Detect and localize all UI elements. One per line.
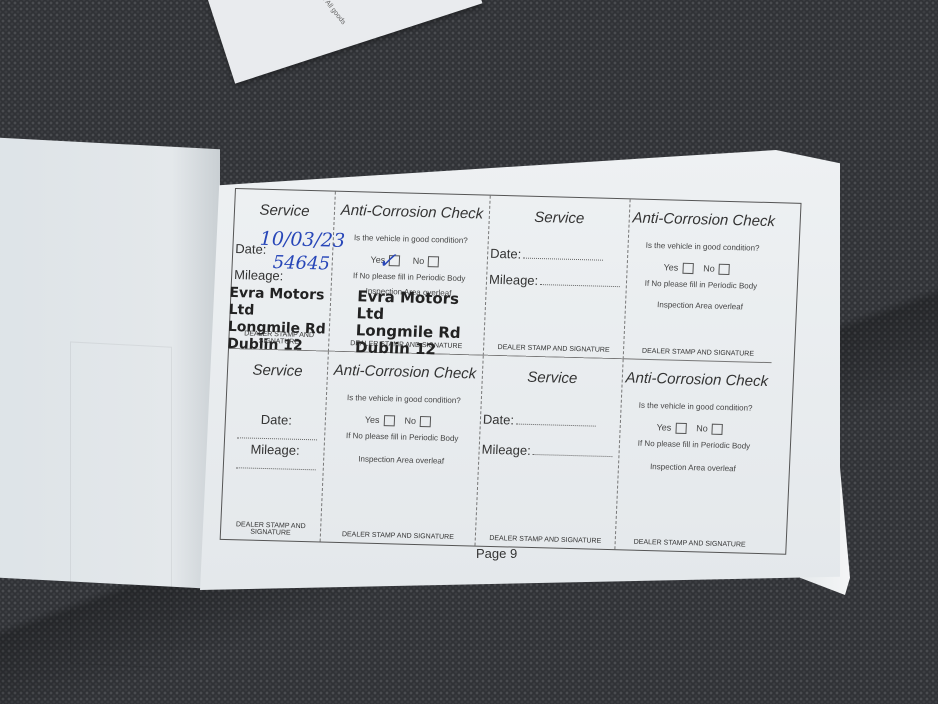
mileage-field[interactable]: Mileage: xyxy=(481,442,613,460)
cell-footer: DEALER STAMP AND SIGNATURE xyxy=(484,344,623,355)
cell-title: Service xyxy=(489,208,629,229)
checkmark-icon: ✓ xyxy=(377,249,397,274)
date-field[interactable]: Date: xyxy=(490,246,604,264)
question: Is the vehicle in good condition? xyxy=(628,240,776,253)
cell-footer: DEALER STAMP AND SIGNATURE xyxy=(616,538,764,549)
cell-footer: DEALER STAMP AND SIGNATURE xyxy=(624,347,772,358)
cell-title: Anti-Corrosion Check xyxy=(622,369,771,390)
note: If No please fill in Periodic Body xyxy=(325,431,479,444)
show-through-table xyxy=(70,341,172,668)
page-number: Page 9 xyxy=(476,546,517,561)
cell-title: Service xyxy=(235,201,335,221)
yes-checkbox[interactable] xyxy=(682,263,693,274)
question: Is the vehicle in good condition? xyxy=(621,400,769,413)
yes-checkbox[interactable] xyxy=(383,415,394,426)
cell-title: Anti-Corrosion Check xyxy=(335,202,490,223)
question: Is the vehicle in good condition? xyxy=(327,393,481,406)
service-cell: Service Date: Mileage: DEALER STAMP AND … xyxy=(221,349,329,542)
note: If No please fill in Periodic Body xyxy=(332,271,486,284)
date-field[interactable]: Date: xyxy=(483,412,597,430)
anti-corrosion-cell: Anti-Corrosion Check Is the vehicle in g… xyxy=(321,352,484,546)
yes-no-row: Yes No xyxy=(333,254,487,269)
cell-footer: DEALER STAMP AND SIGNATURE xyxy=(476,535,615,546)
service-cell: Service Date: Mileage: DEALER STAMP AND … xyxy=(484,196,631,360)
mileage-field[interactable]: Mileage: xyxy=(489,272,621,290)
date-field[interactable]: Date: xyxy=(227,411,325,444)
slip-text: Reservation of Title: All goods xyxy=(284,0,346,26)
service-record-grid: Service Date: Mileage: 10/03/23 54645 Ev… xyxy=(220,188,802,555)
anti-corrosion-cell: Anti-Corrosion Check Is the vehicle in g… xyxy=(615,359,771,553)
yes-no-row: YesNo xyxy=(627,261,775,276)
no-checkbox[interactable] xyxy=(718,264,729,275)
question: Is the vehicle in good condition? xyxy=(334,233,488,246)
anti-corrosion-cell: Anti-Corrosion Check Is the vehicle in g… xyxy=(624,199,779,363)
note: If No please fill in Periodic Body xyxy=(620,438,768,451)
yes-no-row: YesNo xyxy=(620,421,768,436)
service-cell: Service Date: Mileage: DEALER STAMP AND … xyxy=(475,356,623,550)
anti-corrosion-cell: Anti-Corrosion Check Is the vehicle in g… xyxy=(329,192,491,356)
cell-footer: DEALER STAMP AND SIGNATURE xyxy=(321,531,475,542)
service-cell: Service Date: Mileage: 10/03/23 54645 Ev… xyxy=(229,189,336,352)
no-checkbox[interactable] xyxy=(428,256,439,267)
cell-title: Service xyxy=(228,361,328,381)
no-checkbox[interactable] xyxy=(711,424,722,435)
yes-checkbox[interactable] xyxy=(675,423,686,434)
yes-no-row: YesNo xyxy=(326,414,480,429)
cell-title: Anti-Corrosion Check xyxy=(328,362,483,383)
left-page xyxy=(0,137,220,590)
note: Inspection Area overleaf xyxy=(619,461,767,474)
cell-footer: DEALER STAMP AND SIGNATURE xyxy=(221,521,321,538)
no-checkbox[interactable] xyxy=(420,416,431,427)
cell-footer: DEALER STAMP AND SIGNATURE xyxy=(229,330,329,347)
handwritten-mileage: 54645 xyxy=(272,252,330,274)
cell-title: Service xyxy=(483,368,623,389)
note: If No please fill in Periodic Body xyxy=(627,278,775,291)
cell-title: Anti-Corrosion Check xyxy=(629,209,778,230)
note: Inspection Area overleaf xyxy=(324,454,478,467)
mileage-field[interactable]: Mileage: xyxy=(226,441,324,474)
note: Inspection Area overleaf xyxy=(626,299,774,312)
